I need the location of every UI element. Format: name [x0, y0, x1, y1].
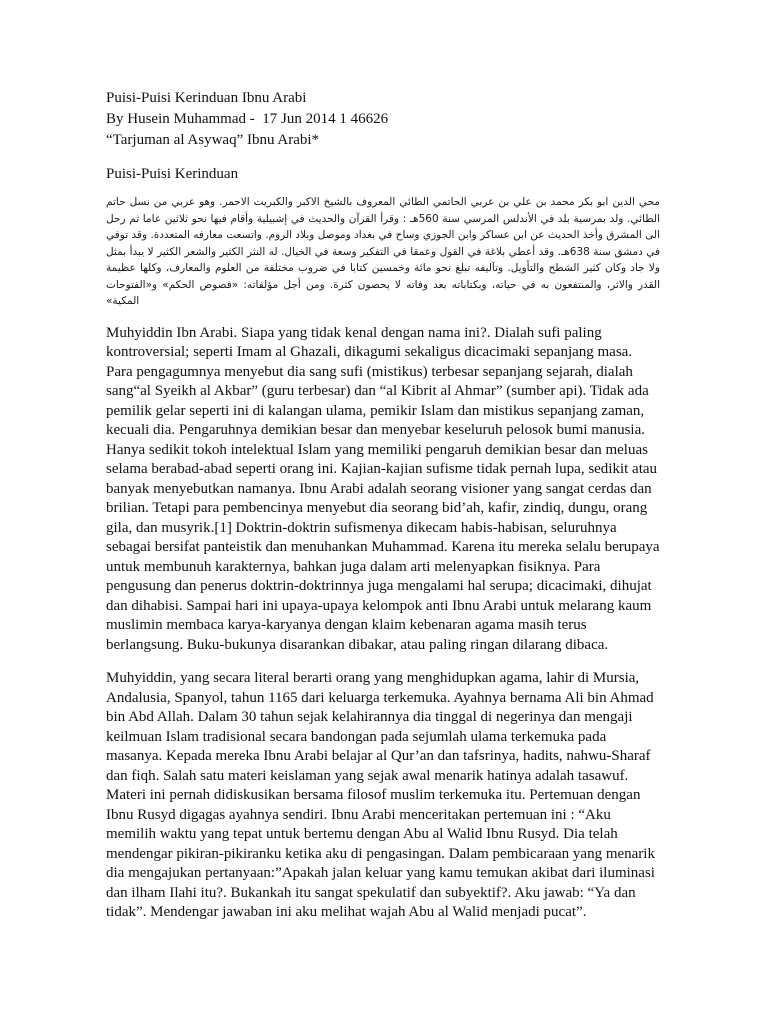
document-content: Puisi-Puisi Kerinduan Ibnu Arabi By Huse…: [106, 88, 660, 923]
document-byline: By Husein Muhammad - 17 Jun 2014 1 46626: [106, 109, 660, 130]
document-subtitle: “Tarjuman al Asywaq” Ibnu Arabi*: [106, 130, 660, 151]
body-paragraph-1: Muhyiddin Ibn Arabi. Siapa yang tidak ke…: [106, 324, 660, 656]
document-page: Puisi-Puisi Kerinduan Ibnu Arabi By Huse…: [0, 0, 768, 1024]
body-paragraph-2: Muhyiddin, yang secara literal berarti o…: [106, 669, 660, 923]
section-heading: Puisi-Puisi Kerinduan: [106, 164, 660, 185]
document-title: Puisi-Puisi Kerinduan Ibnu Arabi: [106, 88, 660, 109]
document-header: Puisi-Puisi Kerinduan Ibnu Arabi By Huse…: [106, 88, 660, 151]
arabic-intro-paragraph: محي الدين ابو بكر محمد بن علي بن عربي ال…: [106, 194, 660, 310]
